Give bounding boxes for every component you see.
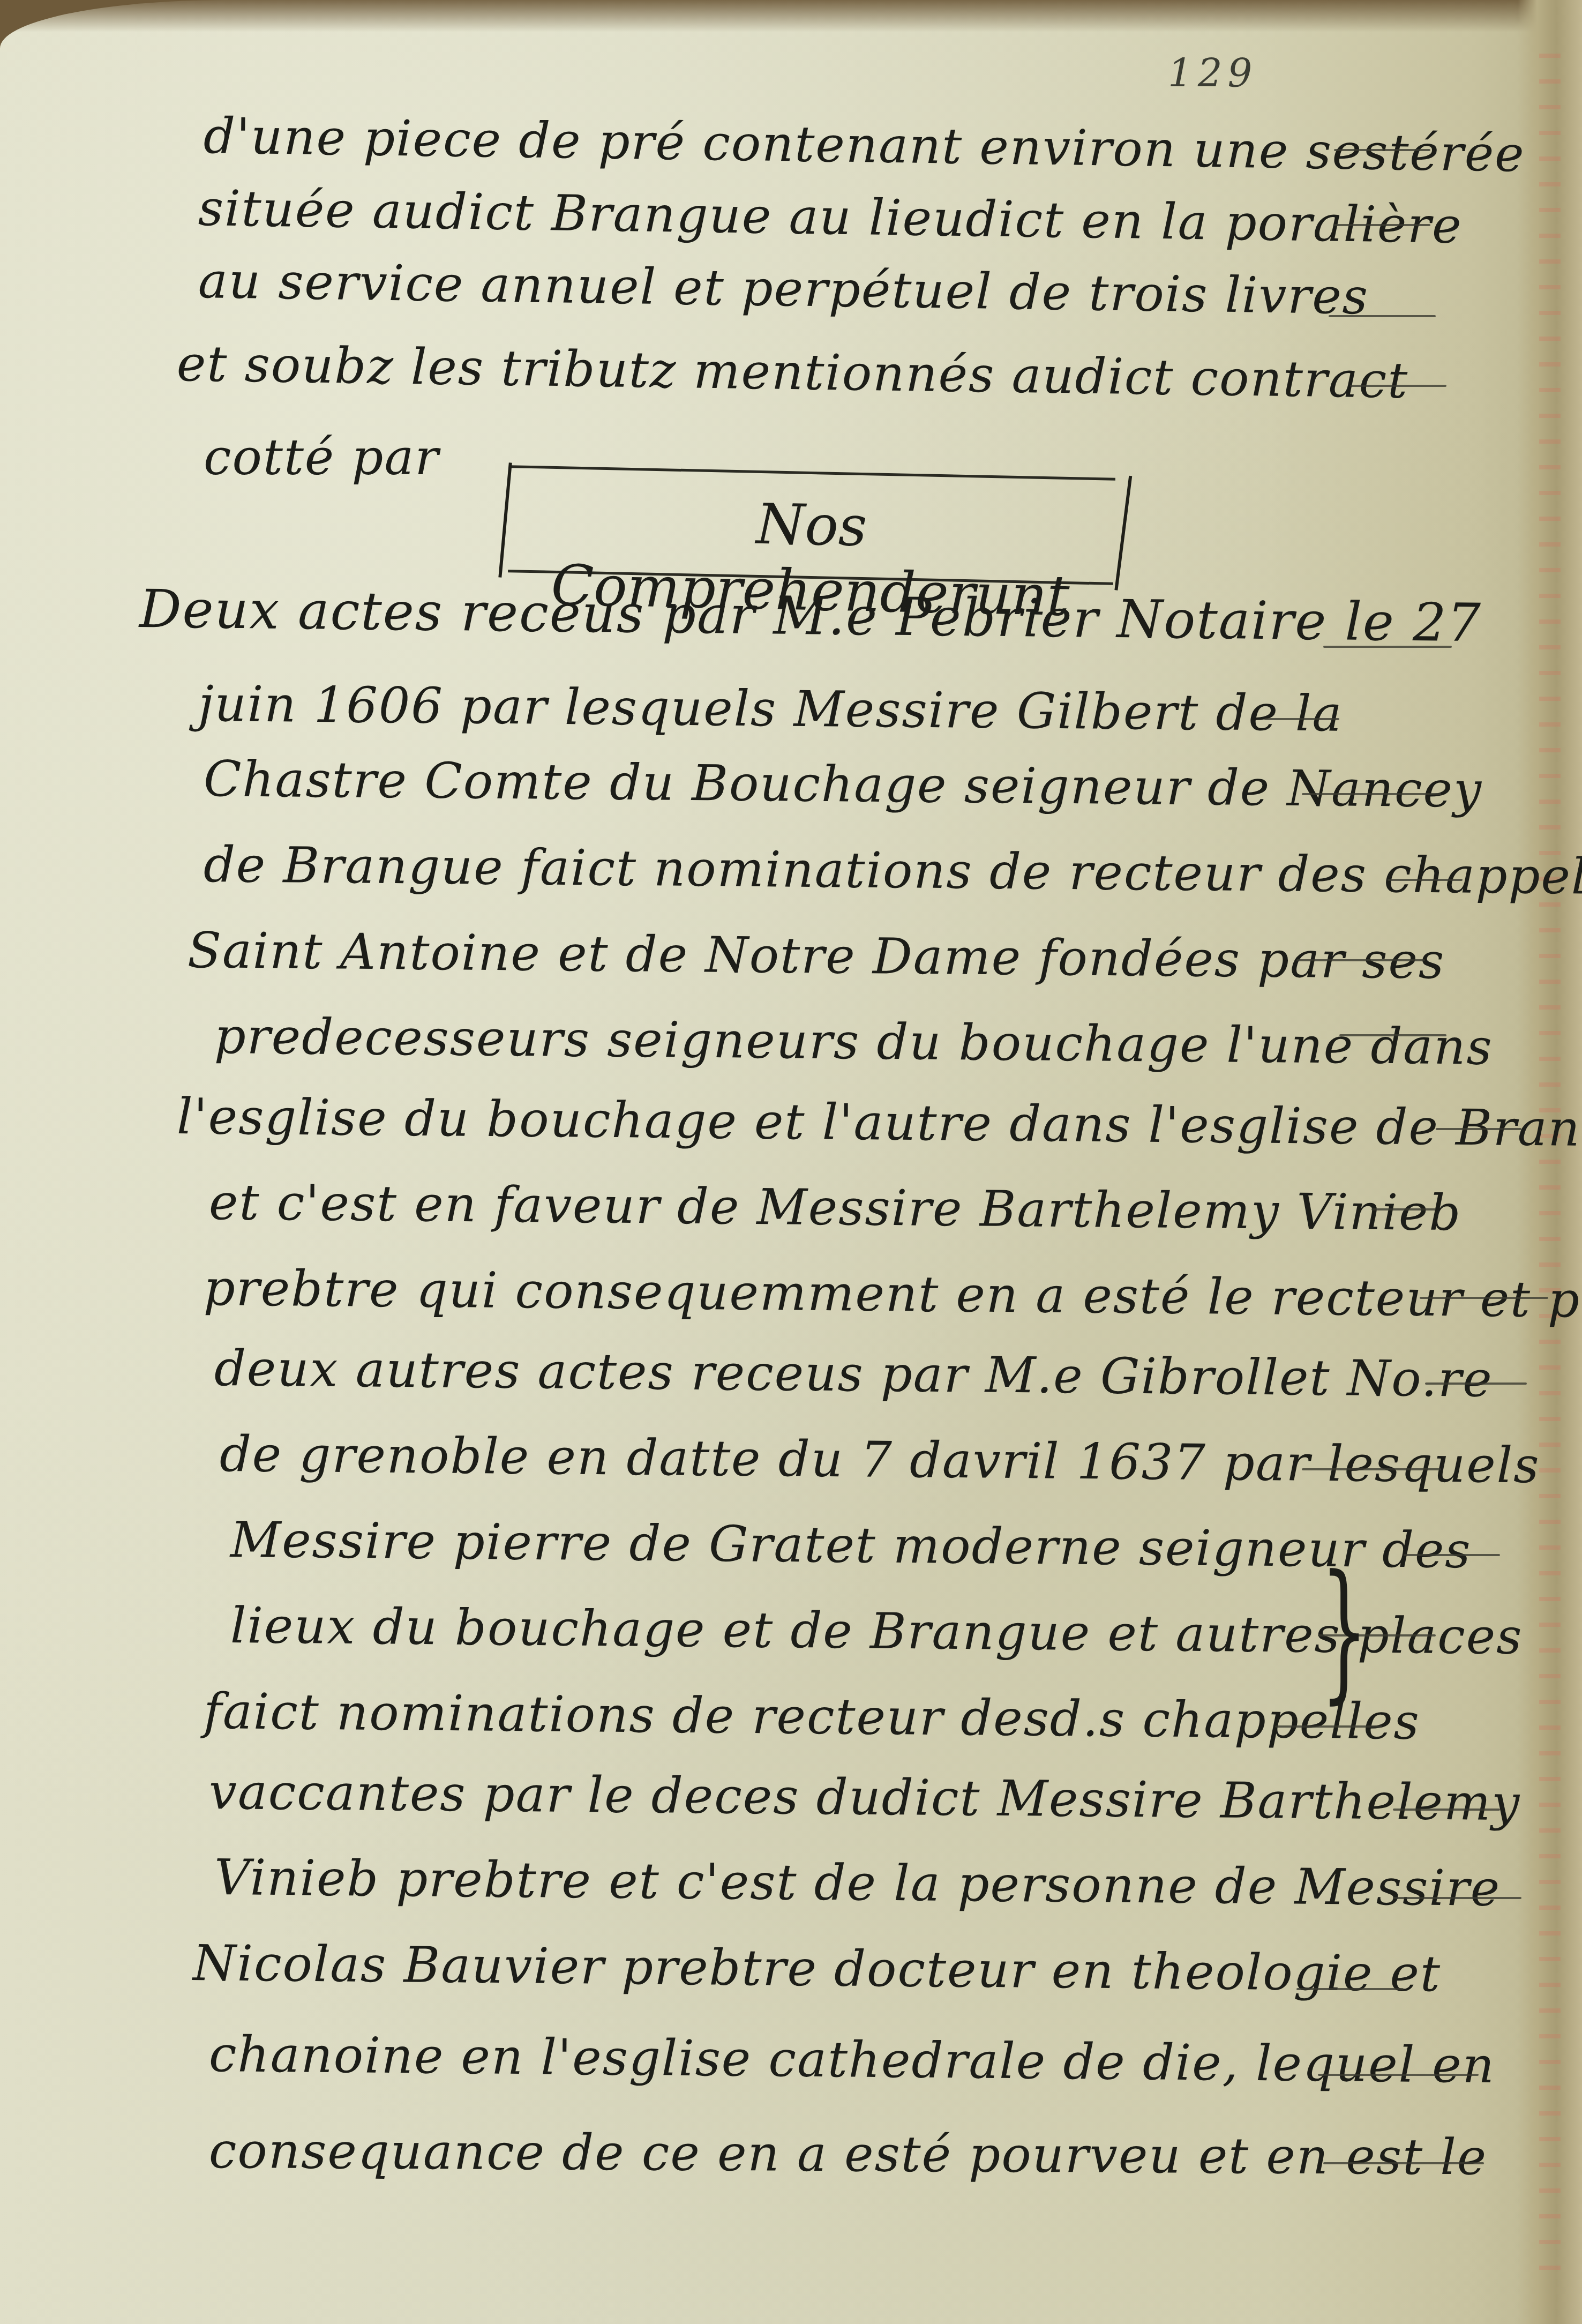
line-filler [1388, 879, 1463, 881]
line-filler [1302, 793, 1441, 795]
line-filler [1393, 1809, 1500, 1811]
line-filler [1436, 1128, 1521, 1130]
line-filler [1302, 1468, 1441, 1470]
text-line: et c'est en faveur de Messire Barthelemy… [209, 1174, 1462, 1242]
line-filler [1318, 2074, 1479, 2076]
text-line: consequance de ce en a esté pourveu et e… [209, 2122, 1488, 2186]
text-line: Deux actes receus par M.e Pebrier Notair… [139, 579, 1482, 654]
text-line: prebtre qui consequemment en a esté le r… [204, 1259, 1582, 1329]
line-filler [1329, 315, 1436, 317]
line-filler [1296, 1988, 1404, 1990]
text-line: l'esglise du bouchage et l'autre dans l'… [177, 1088, 1582, 1158]
text-line: au service annuel et perpétuel de trois … [198, 252, 1369, 326]
line-filler [1371, 1208, 1436, 1210]
line-filler [1404, 1554, 1500, 1556]
line-filler [1264, 718, 1339, 720]
text-line: Saint Antoine et de Notre Dame fondées p… [188, 922, 1445, 990]
line-filler [1425, 1383, 1527, 1385]
folio-number: 129 [1168, 51, 1257, 96]
line-filler [1393, 1897, 1521, 1899]
line-filler [1334, 149, 1430, 151]
gutter-red-marks [1539, 32, 1561, 2283]
text-line: juin 1606 par lesquels Messire Gilbert d… [198, 675, 1343, 743]
text-line: d'une piece de pré contenant environ une… [203, 107, 1525, 183]
text-line: et soubz les tributz mentionnés audict c… [176, 335, 1409, 409]
text-line: vaccantes par le deces dudict Messire Ba… [209, 1763, 1521, 1832]
line-filler [1296, 959, 1425, 961]
text-line: de grenoble en datte du 7 davril 1637 pa… [220, 1425, 1540, 1494]
text-line: cotté par [204, 429, 439, 486]
text-line: Nicolas Bauvier prebtre docteur en theol… [193, 1934, 1442, 2002]
line-filler [1323, 2162, 1484, 2164]
line-filler [1350, 385, 1446, 387]
text-line: de Brangue faict nominations de recteur … [204, 836, 1582, 906]
text-line: Messire pierre de Gratet moderne seigneu… [230, 1511, 1472, 1579]
line-filler [1339, 1034, 1446, 1036]
curly-brace: } [1321, 1543, 1368, 1718]
line-filler [1420, 1297, 1548, 1299]
text-line: faict nominations de recteur desd.s chap… [204, 1683, 1421, 1751]
text-line: située audict Brangue au lieudict en la … [198, 180, 1463, 255]
line-filler [1275, 1725, 1382, 1728]
heading-box: Nos Comprehenderunt [508, 465, 1115, 585]
text-line: predecesseurs seigneurs du bouchage l'un… [214, 1007, 1494, 1076]
text-line: Chastre Comte du Bouchage seigneur de Na… [204, 750, 1483, 819]
page-top-shadow [0, 0, 1582, 32]
text-line: Vinieb prebtre et c'est de la personne d… [214, 1849, 1501, 1917]
text-line: deux autres actes receus par M.e Gibroll… [214, 1340, 1494, 1408]
manuscript-page: 129 d'une piece de pré contenant environ… [0, 0, 1582, 2324]
text-line: chanoine en l'esglise cathedrale de die,… [209, 2026, 1496, 2094]
line-filler [1323, 646, 1452, 648]
line-filler [1334, 224, 1430, 226]
